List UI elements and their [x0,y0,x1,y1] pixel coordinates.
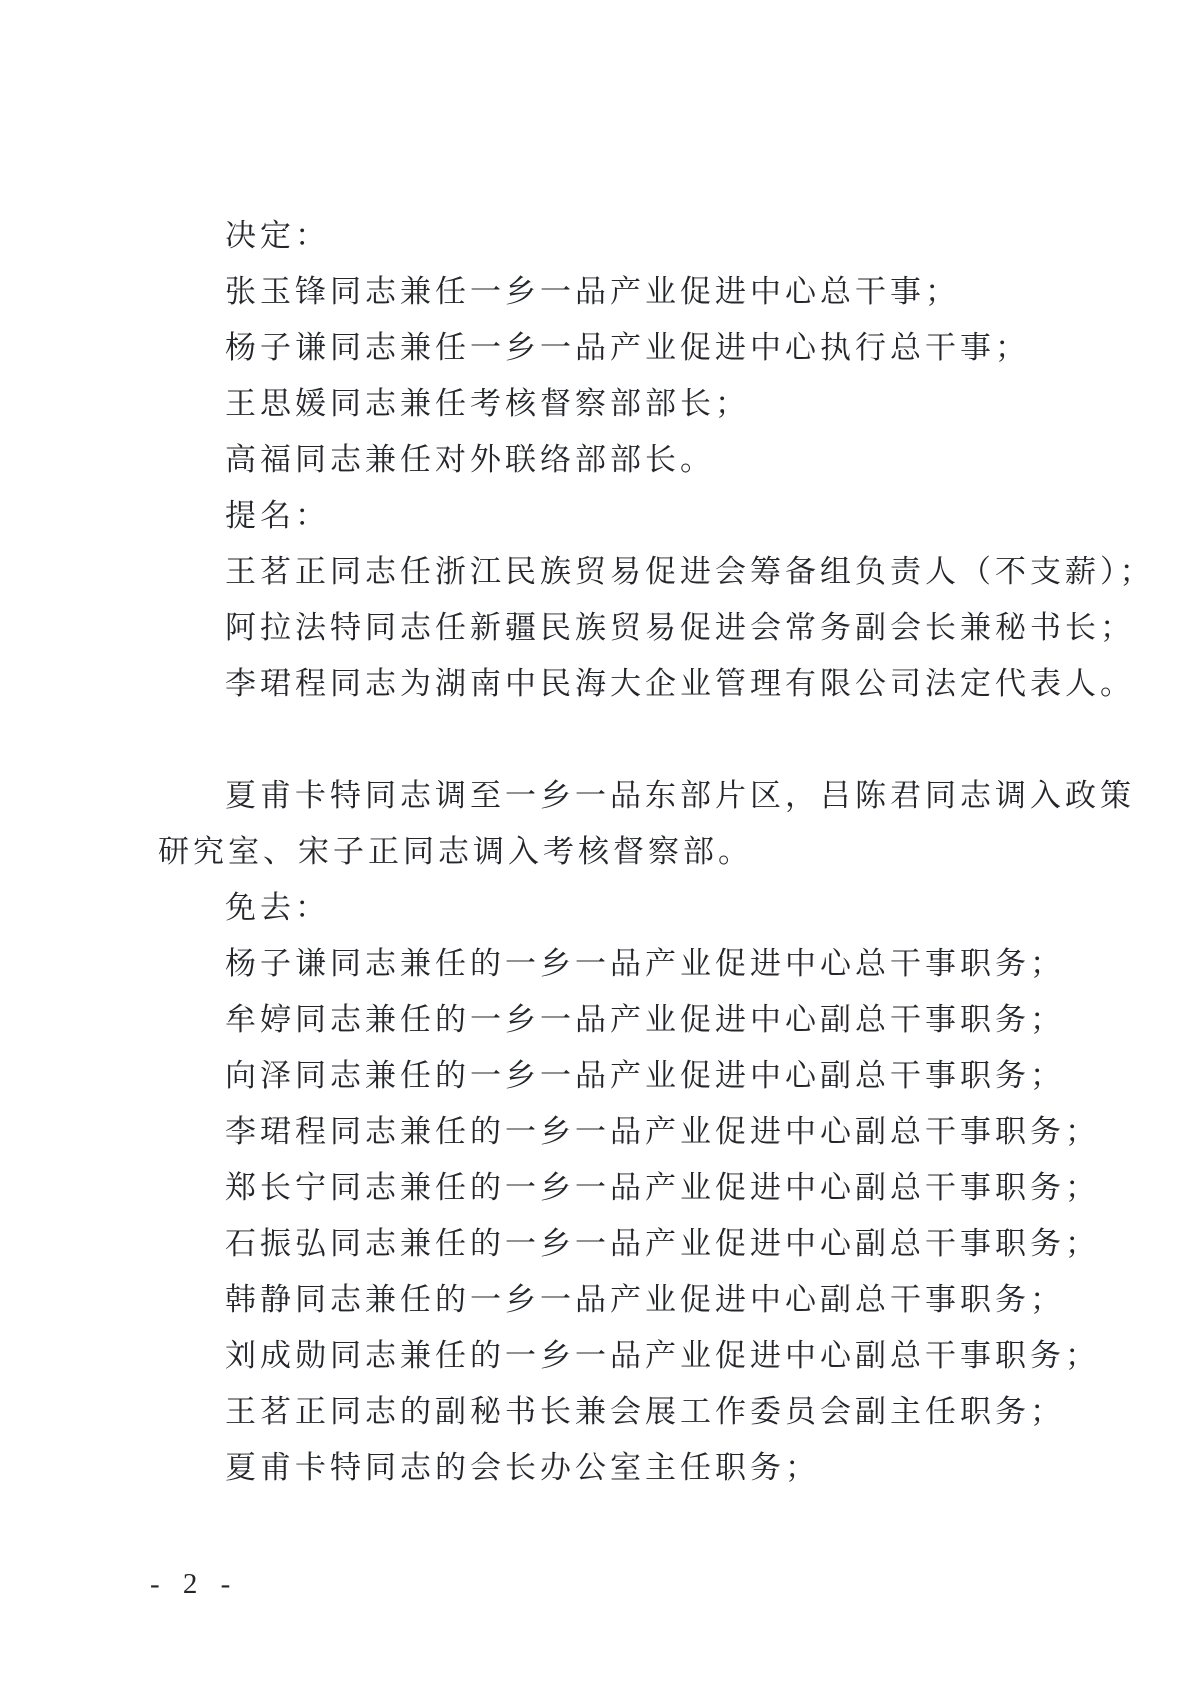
page-number: - 2 - [150,1568,238,1601]
document-text-line: 郑长宁同志兼任的一乡一品产业促进中心副总干事职务； [158,1160,1073,1216]
document-body: 决定：张玉锋同志兼任一乡一品产业促进中心总干事；杨子谦同志兼任一乡一品产业促进中… [158,208,1073,1496]
document-text-line: 王思媛同志兼任考核督察部部长； [158,376,1073,432]
document-text-line: 向泽同志兼任的一乡一品产业促进中心副总干事职务； [158,1048,1073,1104]
document-text-line: 李珺程同志兼任的一乡一品产业促进中心副总干事职务； [158,1104,1073,1160]
document-text-line: 决定： [158,208,1073,264]
document-text-line: 夏甫卡特同志的会长办公室主任职务； [158,1440,1073,1496]
document-text-line: 王茗正同志任浙江民族贸易促进会筹备组负责人（不支薪）； [158,544,1073,600]
document-text-line: 阿拉法特同志任新疆民族贸易促进会常务副会长兼秘书长； [158,600,1073,656]
document-text-line: 研究室、宋子正同志调入考核督察部。 [158,824,1073,880]
document-text-line: 杨子谦同志兼任的一乡一品产业促进中心总干事职务； [158,936,1073,992]
document-text-line: 李珺程同志为湖南中民海大企业管理有限公司法定代表人。 [158,656,1073,712]
document-text-line: 王茗正同志的副秘书长兼会展工作委员会副主任职务； [158,1384,1073,1440]
document-text-line: 杨子谦同志兼任一乡一品产业促进中心执行总干事； [158,320,1073,376]
document-text-line: 张玉锋同志兼任一乡一品产业促进中心总干事； [158,264,1073,320]
document-text-line: 石振弘同志兼任的一乡一品产业促进中心副总干事职务； [158,1216,1073,1272]
blank-line [158,712,1073,768]
document-text-line: 牟婷同志兼任的一乡一品产业促进中心副总干事职务； [158,992,1073,1048]
document-text-line: 韩静同志兼任的一乡一品产业促进中心副总干事职务； [158,1272,1073,1328]
document-text-line: 刘成勋同志兼任的一乡一品产业促进中心副总干事职务； [158,1328,1073,1384]
document-text-line: 提名： [158,488,1073,544]
document-text-line: 夏甫卡特同志调至一乡一品东部片区，吕陈君同志调入政策 [158,768,1073,824]
document-text-line: 免去： [158,880,1073,936]
document-text-line: 高福同志兼任对外联络部部长。 [158,432,1073,488]
document-page: 决定：张玉锋同志兼任一乡一品产业促进中心总干事；杨子谦同志兼任一乡一品产业促进中… [0,0,1198,1695]
